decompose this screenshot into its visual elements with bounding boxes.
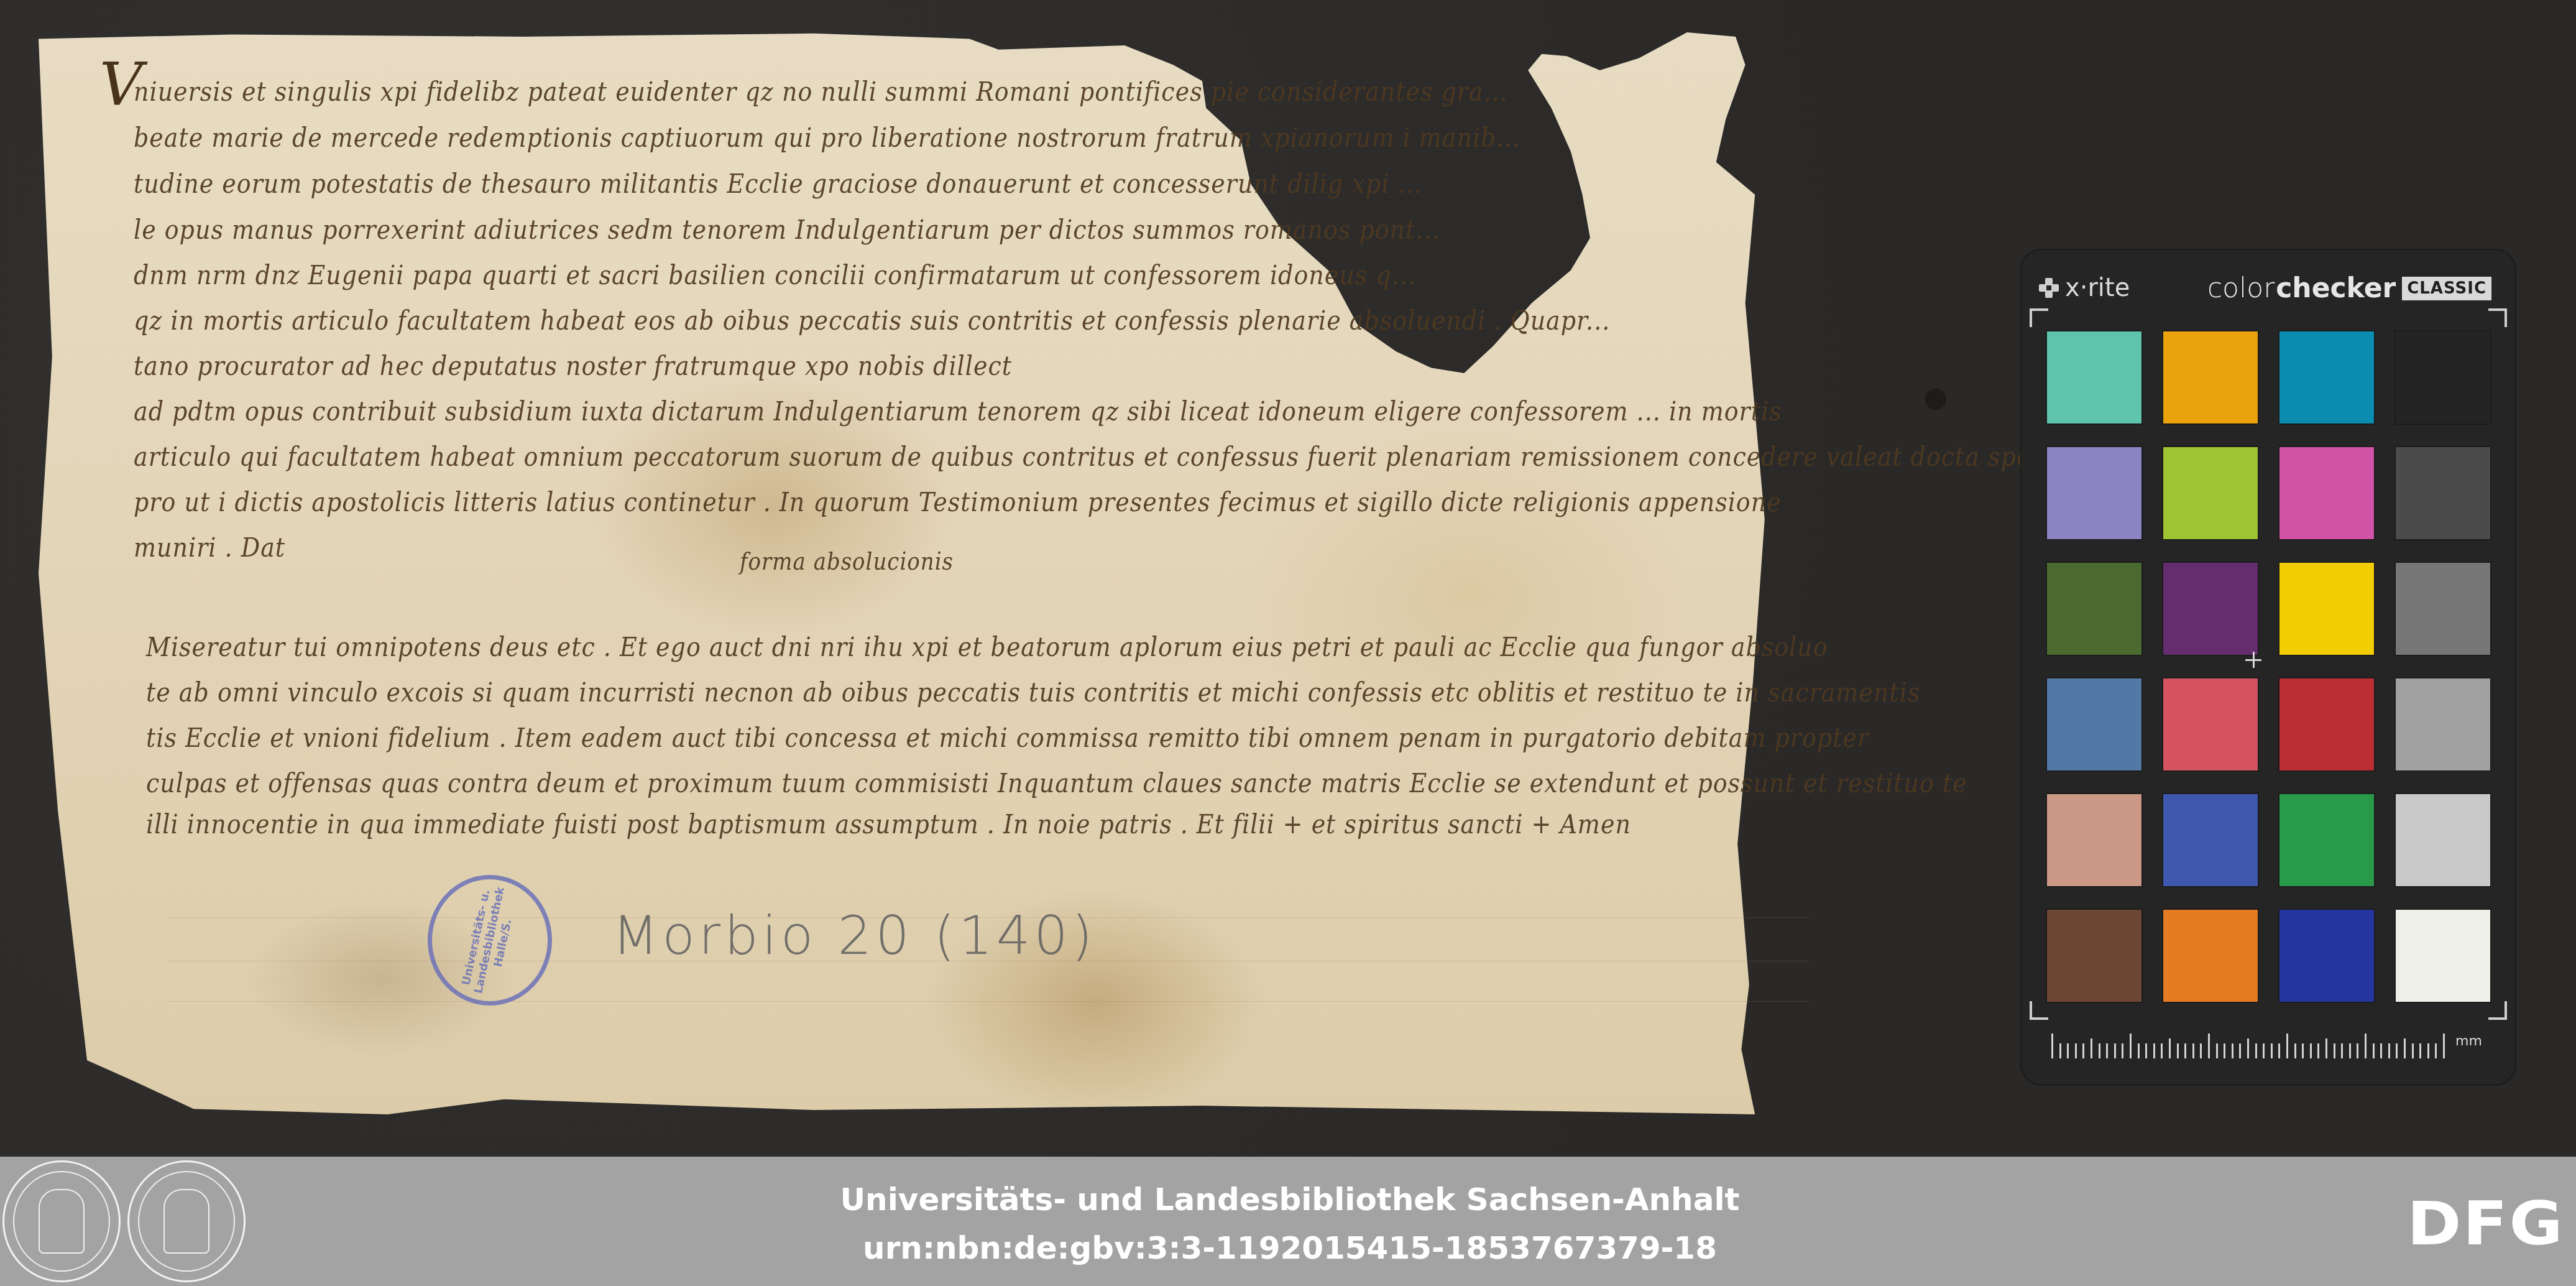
- ruler-tick: [2247, 1039, 2249, 1058]
- color-patch: [2396, 910, 2490, 1002]
- ruler-tick: [2443, 1034, 2445, 1058]
- ruler-tick: [2177, 1043, 2179, 1058]
- ruler-tick: [2365, 1034, 2367, 1058]
- ruler-tick: [2067, 1043, 2069, 1058]
- ruler-tick: [2349, 1043, 2351, 1058]
- ruler-tick: [2192, 1043, 2194, 1058]
- ruler-tick: [2435, 1043, 2437, 1058]
- color-patch: [2279, 447, 2374, 539]
- absolution-line: culpas et offensas quas contra deum et p…: [146, 767, 1967, 799]
- color-patch: [2047, 563, 2141, 655]
- text-line: beate marie de mercede redemptionis capt…: [134, 122, 1521, 154]
- ruler-tick: [2099, 1043, 2100, 1058]
- urn-identifier: urn:nbn:de:gbv:3:3-1192015415-1853767379…: [833, 1230, 1747, 1266]
- ruler-tick: [2294, 1043, 2296, 1058]
- parchment-hole: [1925, 389, 1946, 410]
- color-patch: [2396, 794, 2490, 886]
- ruler-tick: [2138, 1043, 2140, 1058]
- color-patch: [2279, 794, 2374, 886]
- text-line: dnm nrm dnz Eugenii papa quarti et sacri…: [134, 259, 1416, 291]
- ruler-tick: [2130, 1034, 2132, 1058]
- ruler-tick: [2341, 1043, 2343, 1058]
- text-line: tudine eorum potestatis de thesauro mili…: [134, 168, 1422, 200]
- ruler-tick: [2271, 1043, 2273, 1058]
- text-line: muniri . Dat: [134, 532, 285, 563]
- ruler-tick: [2184, 1043, 2186, 1058]
- corner-mark-icon: [2488, 1001, 2507, 1020]
- text-line: le opus manus porrexerint adiutrices sed…: [134, 214, 1440, 246]
- text-line: tano procurator ad hec deputatus noster …: [134, 350, 1012, 382]
- color-patch: [2047, 447, 2141, 539]
- color-checker-card: x·rite color checker CLASSIC mm: [2020, 249, 2516, 1086]
- color-patch: [2279, 678, 2374, 770]
- library-stamp: Universitäts- u. Landesbibliothek Halle/…: [428, 875, 552, 1006]
- ruler-tick: [2357, 1043, 2358, 1058]
- absolution-line: illi innocentie in qua immediate fuisti …: [146, 808, 1631, 840]
- ruler-tick: [2419, 1043, 2421, 1058]
- ruler-tick: [2153, 1043, 2155, 1058]
- ruler-tick: [2302, 1043, 2304, 1058]
- ruling-line: [168, 1001, 1809, 1002]
- color-patch: [2163, 678, 2258, 770]
- xrite-mark-icon: [2039, 278, 2059, 298]
- ruler-tick: [2373, 1043, 2375, 1058]
- ruler-tick: [2051, 1034, 2053, 1058]
- ruler-tick: [2091, 1039, 2092, 1058]
- institution-name: Universitäts- und Landesbibliothek Sachs…: [833, 1182, 1747, 1218]
- color-patch: [2047, 910, 2141, 1002]
- color-patch: [2163, 910, 2258, 1002]
- ruler-tick: [2059, 1043, 2061, 1058]
- corner-mark-icon: [2030, 1001, 2048, 1020]
- ruler-tick: [2075, 1043, 2077, 1058]
- color-patch: [2396, 331, 2490, 423]
- ruler-tick: [2161, 1043, 2163, 1058]
- color-patch: [2163, 563, 2258, 655]
- color-patch-grid: [2047, 331, 2490, 1002]
- ruler-tick: [2334, 1043, 2335, 1058]
- university-seal-icon: [127, 1160, 246, 1282]
- color-patch: [2163, 331, 2258, 423]
- ruler-tick: [2404, 1039, 2406, 1058]
- section-heading: forma absolucionis: [740, 547, 954, 576]
- color-patch: [2047, 794, 2141, 886]
- color-patch: [2396, 563, 2490, 655]
- ruler-tick: [2380, 1043, 2382, 1058]
- xrite-logo: x·rite: [2039, 274, 2130, 302]
- text-line: pro ut i dictis apostolicis litteris lat…: [134, 486, 1782, 518]
- color-patch: [2279, 563, 2374, 655]
- ruler-tick: [2122, 1043, 2123, 1058]
- ruler-tick: [2286, 1034, 2288, 1058]
- color-patch: [2163, 447, 2258, 539]
- ruler-tick: [2216, 1043, 2218, 1058]
- footer-bar: Universitäts- und Landesbibliothek Sachs…: [0, 1157, 2576, 1286]
- ruler-tick: [2239, 1043, 2241, 1058]
- ruler-tick: [2325, 1039, 2327, 1058]
- text-line: articulo qui facultatem habeat omnium pe…: [134, 441, 2084, 473]
- ruler-tick: [2278, 1043, 2280, 1058]
- ruler-tick: [2427, 1043, 2429, 1058]
- stamp-text: Universitäts- u. Landesbibliothek Halle/…: [458, 879, 522, 1001]
- absolution-line: te ab omni vinculo excois si quam incurr…: [146, 677, 1920, 708]
- color-patch: [2279, 331, 2374, 423]
- mm-ruler: [2051, 1034, 2449, 1058]
- ruler-tick: [2224, 1043, 2225, 1058]
- xrite-brand: x·rite: [2065, 274, 2130, 302]
- ruler-tick: [2412, 1043, 2414, 1058]
- color-patch: [2279, 910, 2374, 1002]
- ruler-unit: mm: [2455, 1034, 2482, 1049]
- shelfmark-annotation: Morbio 20 (140): [612, 905, 1097, 967]
- text-line: niuersis et singulis xpi fidelibz pateat…: [134, 76, 1508, 108]
- absolution-line: tis Ecclie et vnioni fidelium . Item ead…: [146, 722, 1869, 754]
- color-patch: [2396, 447, 2490, 539]
- colorchecker-title: color checker CLASSIC: [2207, 272, 2491, 304]
- ruler-tick: [2255, 1043, 2257, 1058]
- classic-badge: CLASSIC: [2402, 277, 2491, 300]
- ruler-tick: [2114, 1043, 2116, 1058]
- ruler-tick: [2145, 1043, 2147, 1058]
- ruler-tick: [2388, 1043, 2390, 1058]
- crosshair-icon: [2245, 652, 2261, 668]
- color-patch: [2163, 794, 2258, 886]
- university-seal-icon: [2, 1160, 121, 1282]
- corner-mark-icon: [2488, 308, 2507, 327]
- ruler-tick: [2232, 1043, 2233, 1058]
- ruler-tick: [2200, 1043, 2202, 1058]
- ruler-tick: [2263, 1043, 2265, 1058]
- ruler-tick: [2310, 1043, 2312, 1058]
- ruler-tick: [2082, 1043, 2084, 1058]
- dfg-logo: DFG: [2407, 1189, 2564, 1259]
- corner-mark-icon: [2030, 308, 2048, 327]
- text-line: qz in mortis articulo facultatem habeat …: [134, 305, 1610, 336]
- color-patch: [2047, 331, 2141, 423]
- ruler-tick: [2317, 1043, 2319, 1058]
- text-line: ad pdtm opus contribuit subsidium iuxta …: [134, 396, 1782, 427]
- absolution-line: Misereatur tui omnipotens deus etc . Et …: [146, 631, 1828, 663]
- color-patch: [2396, 678, 2490, 770]
- color-patch: [2047, 678, 2141, 770]
- ruler-tick: [2396, 1043, 2398, 1058]
- ruler-tick: [2169, 1039, 2171, 1058]
- ruler-tick: [2106, 1043, 2108, 1058]
- ruler-tick: [2208, 1034, 2210, 1058]
